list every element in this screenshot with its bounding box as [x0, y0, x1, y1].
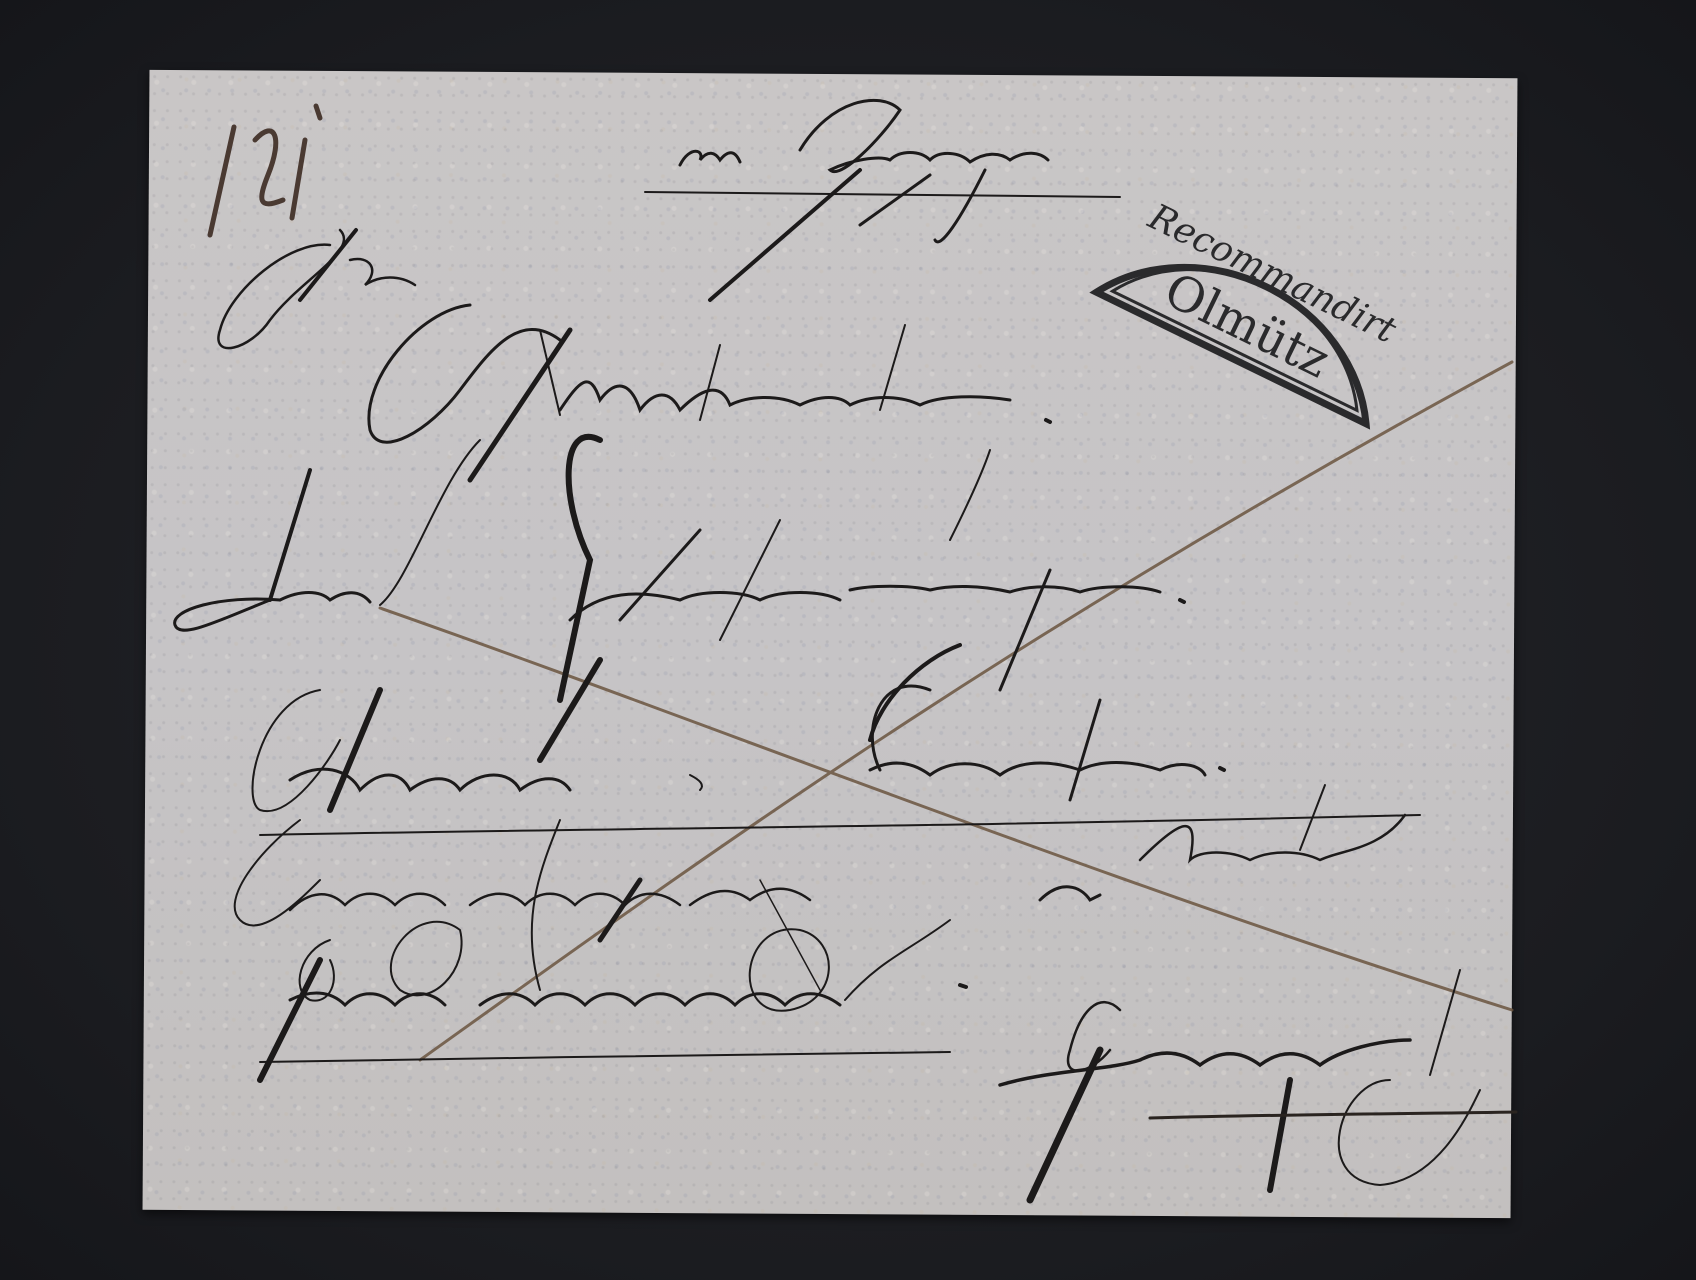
postal-cover — [143, 70, 1518, 1218]
